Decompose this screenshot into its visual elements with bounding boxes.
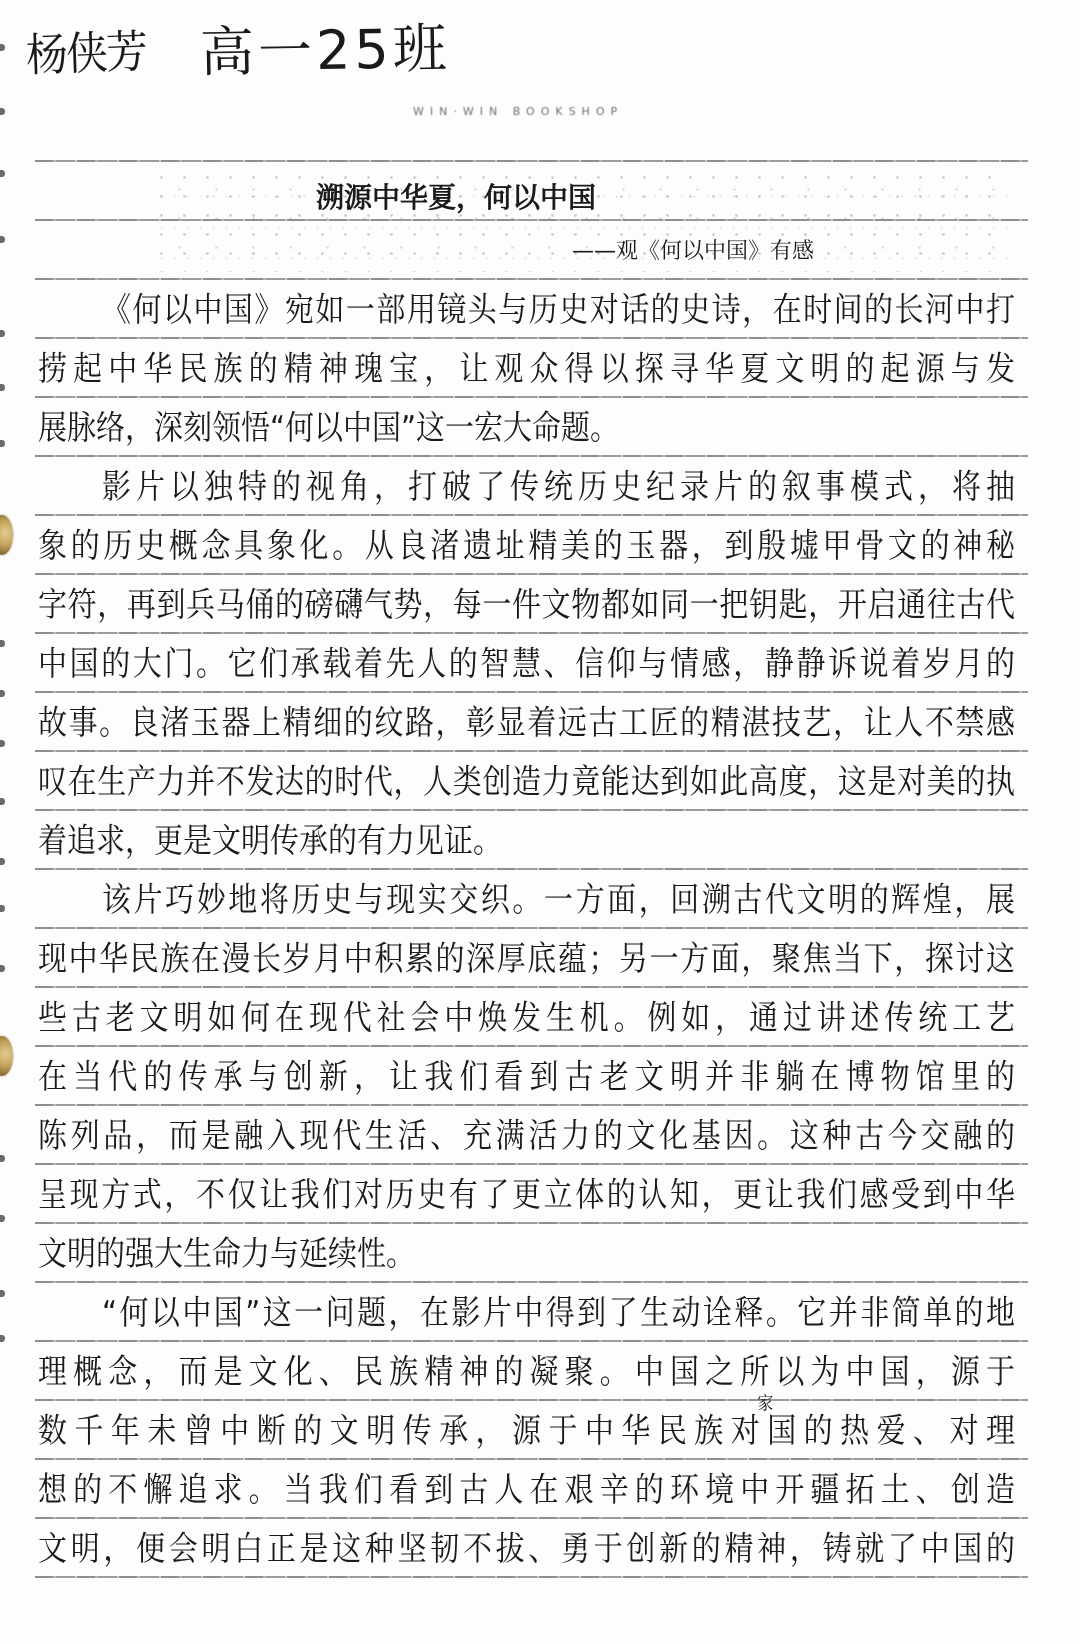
student-name: 杨侠芳: [25, 19, 147, 88]
essay-line: 理概念，而是文化、民族精神的凝聚。中国之所以为中国，源于: [38, 1345, 1015, 1399]
ruled-line: [35, 1222, 1028, 1224]
essay-line: 展脉络，深刻领悟“何以中国”这一宏大命题。: [38, 401, 1015, 455]
binding-hole-mark: [0, 905, 5, 912]
essay-line: 着追求，更是文明传承的有力见证。: [38, 814, 1015, 868]
essay-line: 些古老文明如何在现代社会中焕发生机。例如，通过讲述传统工艺: [38, 991, 1015, 1045]
essay-line: 陈列品，而是融入现代生活、充满活力的文化基因。这种古今交融的: [38, 1109, 1015, 1163]
ruled-line: [35, 868, 1028, 870]
binding-hole-mark: [0, 1155, 5, 1162]
binding-hole-mark: [0, 1290, 5, 1297]
ruled-line: [35, 750, 1028, 752]
essay-line: 中国的大门。它们承载着先人的智慧、信仰与情感，静静诉说着岁月的: [38, 637, 1015, 691]
ruled-line: [35, 514, 1028, 516]
ruled-line: [35, 1399, 1028, 1401]
essay-line: 故事。良渚玉器上精细的纹路，彰显着远古工匠的精湛技艺，让人不禁感: [38, 696, 1015, 750]
line-segment: 数千年未曾中断的文明传承，源于中华民族对: [38, 1411, 767, 1450]
binding-hole-mark: [0, 44, 5, 51]
ruled-line: [35, 337, 1028, 339]
binding-hole-mark: [0, 740, 5, 747]
ruled-line: [35, 1104, 1028, 1106]
essay-line: 《何以中国》宛如一部用镜头与历史对话的史诗，在时间的长河中打: [38, 283, 1015, 337]
essay-line: 文明，便会明白正是这种坚韧不拔、勇于创新的精神，铸就了中国的: [38, 1522, 1015, 1576]
binding-hole-mark: [0, 236, 5, 243]
ruled-line: [35, 691, 1028, 693]
binding-hole-mark: [0, 858, 5, 865]
ruled-line: [35, 1163, 1028, 1165]
essay-line: 现中华民族在漫长岁月中积累的深厚底蕴；另一方面，聚焦当下，探讨这: [38, 932, 1015, 986]
essay-line: 捞起中华民族的精神瑰宝，让观众得以探寻华夏文明的起源与发: [38, 342, 1015, 396]
binding-hole-mark: [0, 108, 5, 115]
notebook-page: 杨侠芳 高一25班 WIN·WIN BOOKSHOP 溯源中华夏，何以中国 ——…: [0, 0, 1080, 1644]
binder-ring: [0, 515, 13, 555]
ruled-line: [35, 1045, 1028, 1047]
ruled-line: [35, 573, 1028, 575]
ruled-line: [35, 396, 1028, 398]
ruled-line: [35, 1517, 1028, 1519]
binding-hole-mark: [0, 640, 5, 647]
essay-line: 数千年未曾中断的文明传承，源于中华民族对家国的热爱、对理: [38, 1404, 1015, 1458]
ruled-line: [35, 809, 1028, 811]
binding-hole-mark: [0, 965, 5, 972]
essay-subtitle: ——观《何以中国》有感: [572, 234, 814, 270]
essay-line: 呈现方式，不仅让我们对历史有了更立体的认知，更让我们感受到中华: [38, 1168, 1015, 1222]
inserted-correction: 家: [757, 1395, 773, 1413]
essay-line: “何以中国”这一问题，在影片中得到了生动诠释。它并非简单的地: [38, 1286, 1015, 1340]
essay-line: 想的不懈追求。当我们看到古人在艰辛的环境中开疆拓土、创造: [38, 1463, 1015, 1517]
binder-ring: [0, 1036, 13, 1076]
essay-line: 该片巧妙地将历史与现实交织。一方面，回溯古代文明的辉煌，展: [38, 873, 1015, 927]
ruled-line: [35, 986, 1028, 988]
ruled-line: [35, 160, 1028, 162]
ruled-line: [35, 632, 1028, 634]
ruled-line: [35, 278, 1028, 280]
binding-hole-mark: [0, 440, 5, 447]
essay-line: 象的历史概念具象化。从良渚遗址精美的玉器，到殷墟甲骨文的神秘: [38, 519, 1015, 573]
ruled-line: [35, 1281, 1028, 1283]
essay-line: 影片以独特的视角，打破了传统历史纪录片的叙事模式，将抽: [38, 460, 1015, 514]
ruled-line: [35, 1340, 1028, 1342]
class-label: 高一25班: [199, 14, 451, 88]
essay-title: 溯源中华夏，何以中国: [316, 178, 596, 218]
ruled-line: [35, 927, 1028, 929]
binding-hole-mark: [0, 798, 5, 805]
paper-brand-watermark: WIN·WIN BOOKSHOP: [413, 104, 623, 120]
ruled-line: [35, 1576, 1028, 1578]
essay-line: 文明的强大生命力与延续性。: [38, 1227, 1015, 1281]
binding-hole-mark: [0, 330, 5, 337]
binding-hole-mark: [0, 1215, 5, 1222]
line-segment: 国的热爱、对理: [767, 1411, 1015, 1450]
essay-line: 字符，再到兵马俑的磅礴气势，每一件文物都如同一把钥匙，开启通往古代: [38, 578, 1015, 632]
binding-hole-mark: [0, 170, 5, 177]
ruled-line: [35, 1458, 1028, 1460]
binding-hole-mark: [0, 1335, 5, 1342]
binding-hole-mark: [0, 690, 5, 697]
essay-line: 在当代的传承与创新，让我们看到古老文明并非躺在博物馆里的: [38, 1050, 1015, 1104]
ruled-line: [35, 455, 1028, 457]
essay-line: 叹在生产力并不发达的时代，人类创造力竟能达到如此高度，这是对美的执: [38, 755, 1015, 809]
binding-hole-mark: [0, 384, 5, 391]
